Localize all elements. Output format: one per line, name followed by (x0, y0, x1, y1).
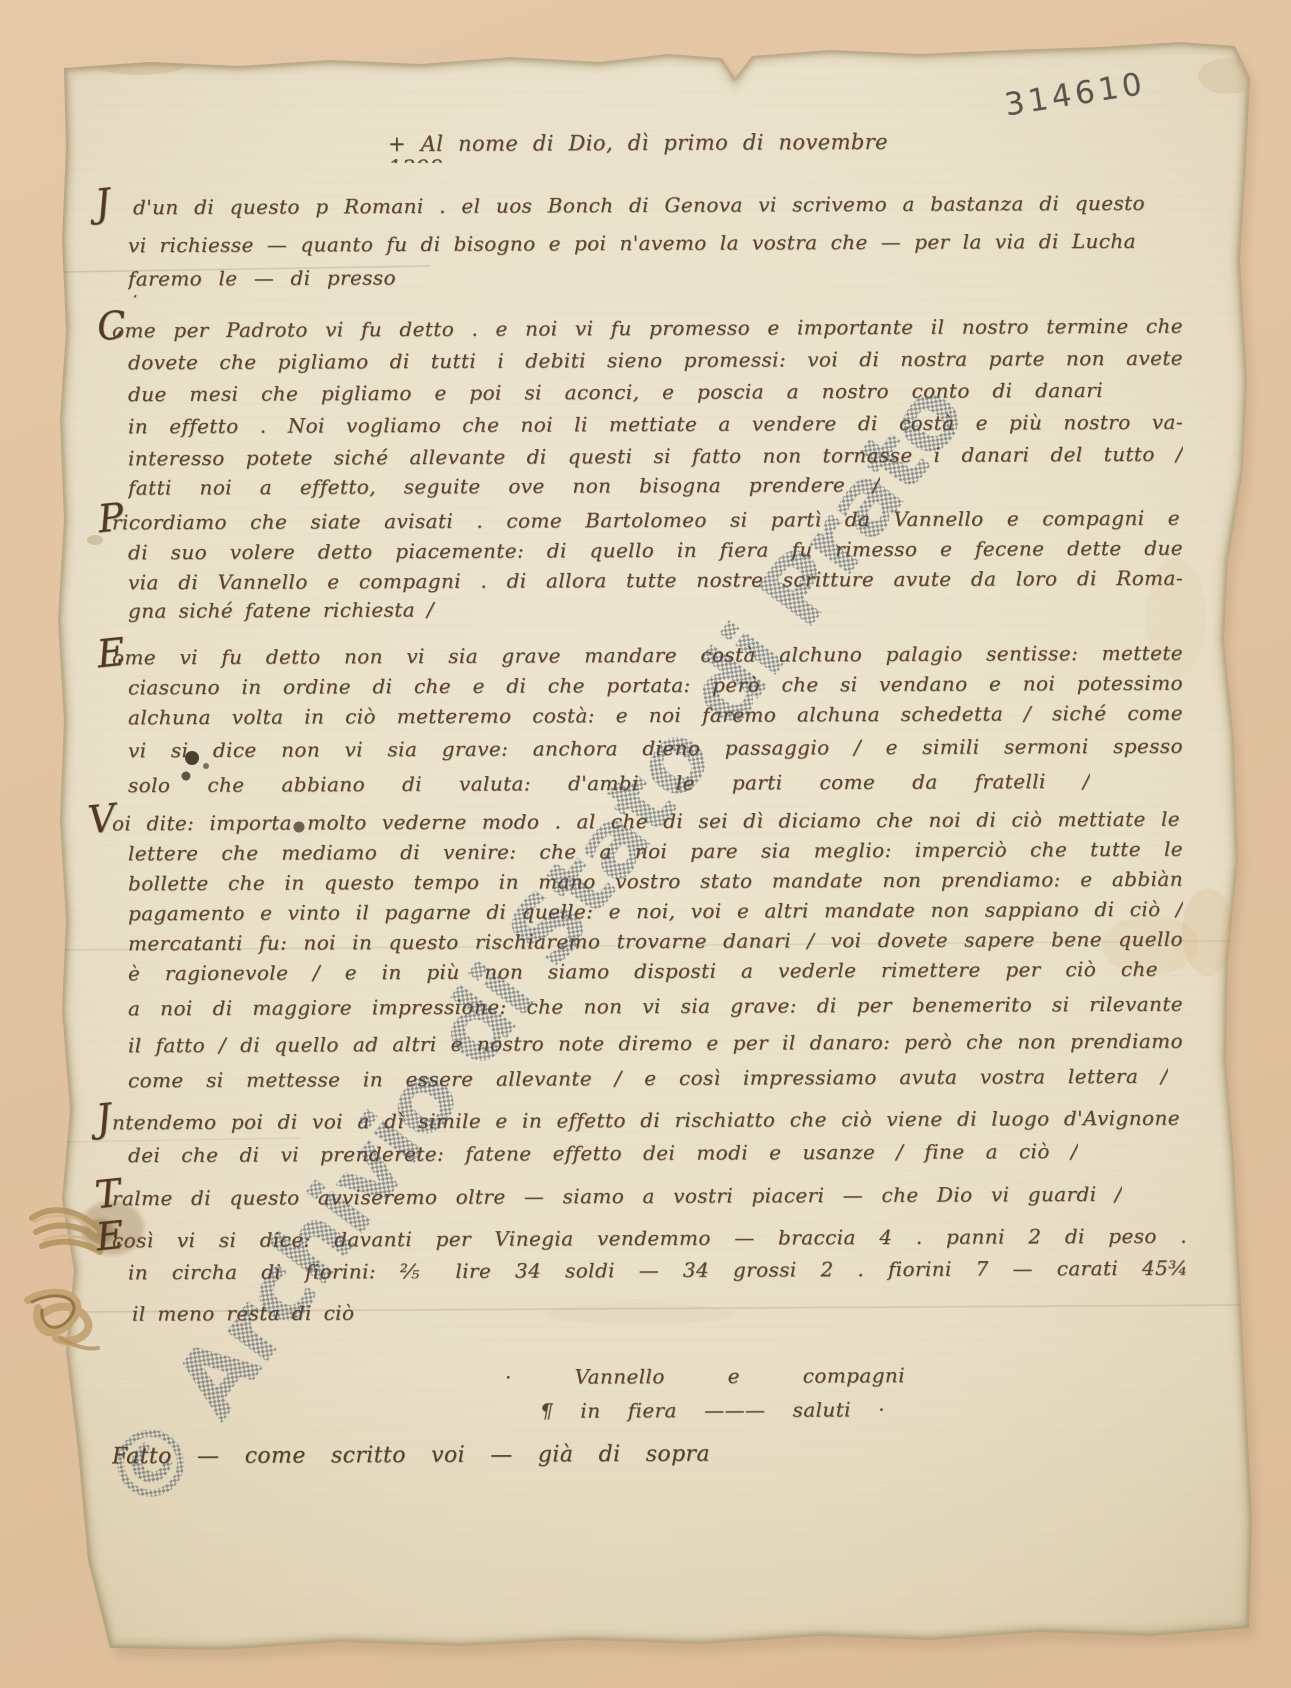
manuscript-line: ralme di questo avviseremo oltre — siamo… (112, 1182, 1122, 1217)
manuscript-line: via di Vannello e compagni . di allora t… (128, 566, 1183, 602)
paragraph-initial: J (93, 180, 113, 225)
manuscript-line: ntendemo poi di voi a dì simile e in eff… (112, 1106, 1180, 1142)
manuscript-line: il meno resta di ciò (132, 1300, 432, 1332)
manuscript-line: alchuna volta in ciò metteremo costà: e … (128, 701, 1183, 737)
manuscript-line: vi richiesse — quanto fu di bisogno e po… (128, 229, 1136, 264)
manuscript-line: è ragionevole / e in più non siamo dispo… (128, 957, 1158, 992)
manuscript-line: a noi di maggiore impressione: che non v… (128, 992, 1183, 1028)
manuscript-line: interesso potete siché allevante di ques… (128, 442, 1183, 478)
manuscript-line: così vi si dice: davanti per Vinegia ven… (112, 1224, 1187, 1260)
manuscript-text-layer: + Al nome di Dio, dì primo di novembre 1… (0, 0, 1291, 1688)
manuscript-line: in circha di fiorini: ⅖ lire 34 soldi — … (128, 1256, 1188, 1292)
closing-line: Fatto — come scritto voi — già di sopra (112, 1442, 710, 1476)
paragraph-initial: J (94, 1095, 114, 1140)
manuscript-line: solo che abbiano di valuta: d'ambi le pa… (128, 769, 1090, 804)
manuscript-line: come si mettesse in essere allevante / e… (128, 1064, 1168, 1100)
manuscript-line: ome per Padroto vi fu detto . e noi vi f… (112, 314, 1183, 350)
manuscript-line: gna siché fatene richiesta / (128, 597, 458, 629)
manuscript-line: fatti noi a effetto, seguite ove non bis… (128, 472, 880, 506)
manuscript-line: in effetto . Noi vogliamo che noi li met… (128, 410, 1183, 446)
signature-line: · Vannello e compagni (505, 1363, 905, 1396)
manuscript-line: il fatto / di quello ad altri e nostro n… (128, 1029, 1183, 1065)
manuscript-line: dovete che pigliamo di tutti i debiti si… (128, 346, 1183, 382)
manuscript-line: d'un di questo p Romani . el uos Bonch d… (133, 191, 1145, 226)
manuscript-line: dei che di vi prenderete: fatene effetto… (128, 1139, 1078, 1174)
manuscript-line: due mesi che pigliamo e poi si aconci, e… (128, 378, 1103, 413)
manuscript-line: faremo le — di presso / (128, 265, 396, 297)
signature-line: ¶ in fiera ——— saluti · (540, 1397, 885, 1430)
header-line: + Al nome di Dio, dì primo di novembre 1… (388, 130, 888, 163)
manuscript-line: vi si dice non vi sia grave: anchora die… (128, 734, 1183, 770)
